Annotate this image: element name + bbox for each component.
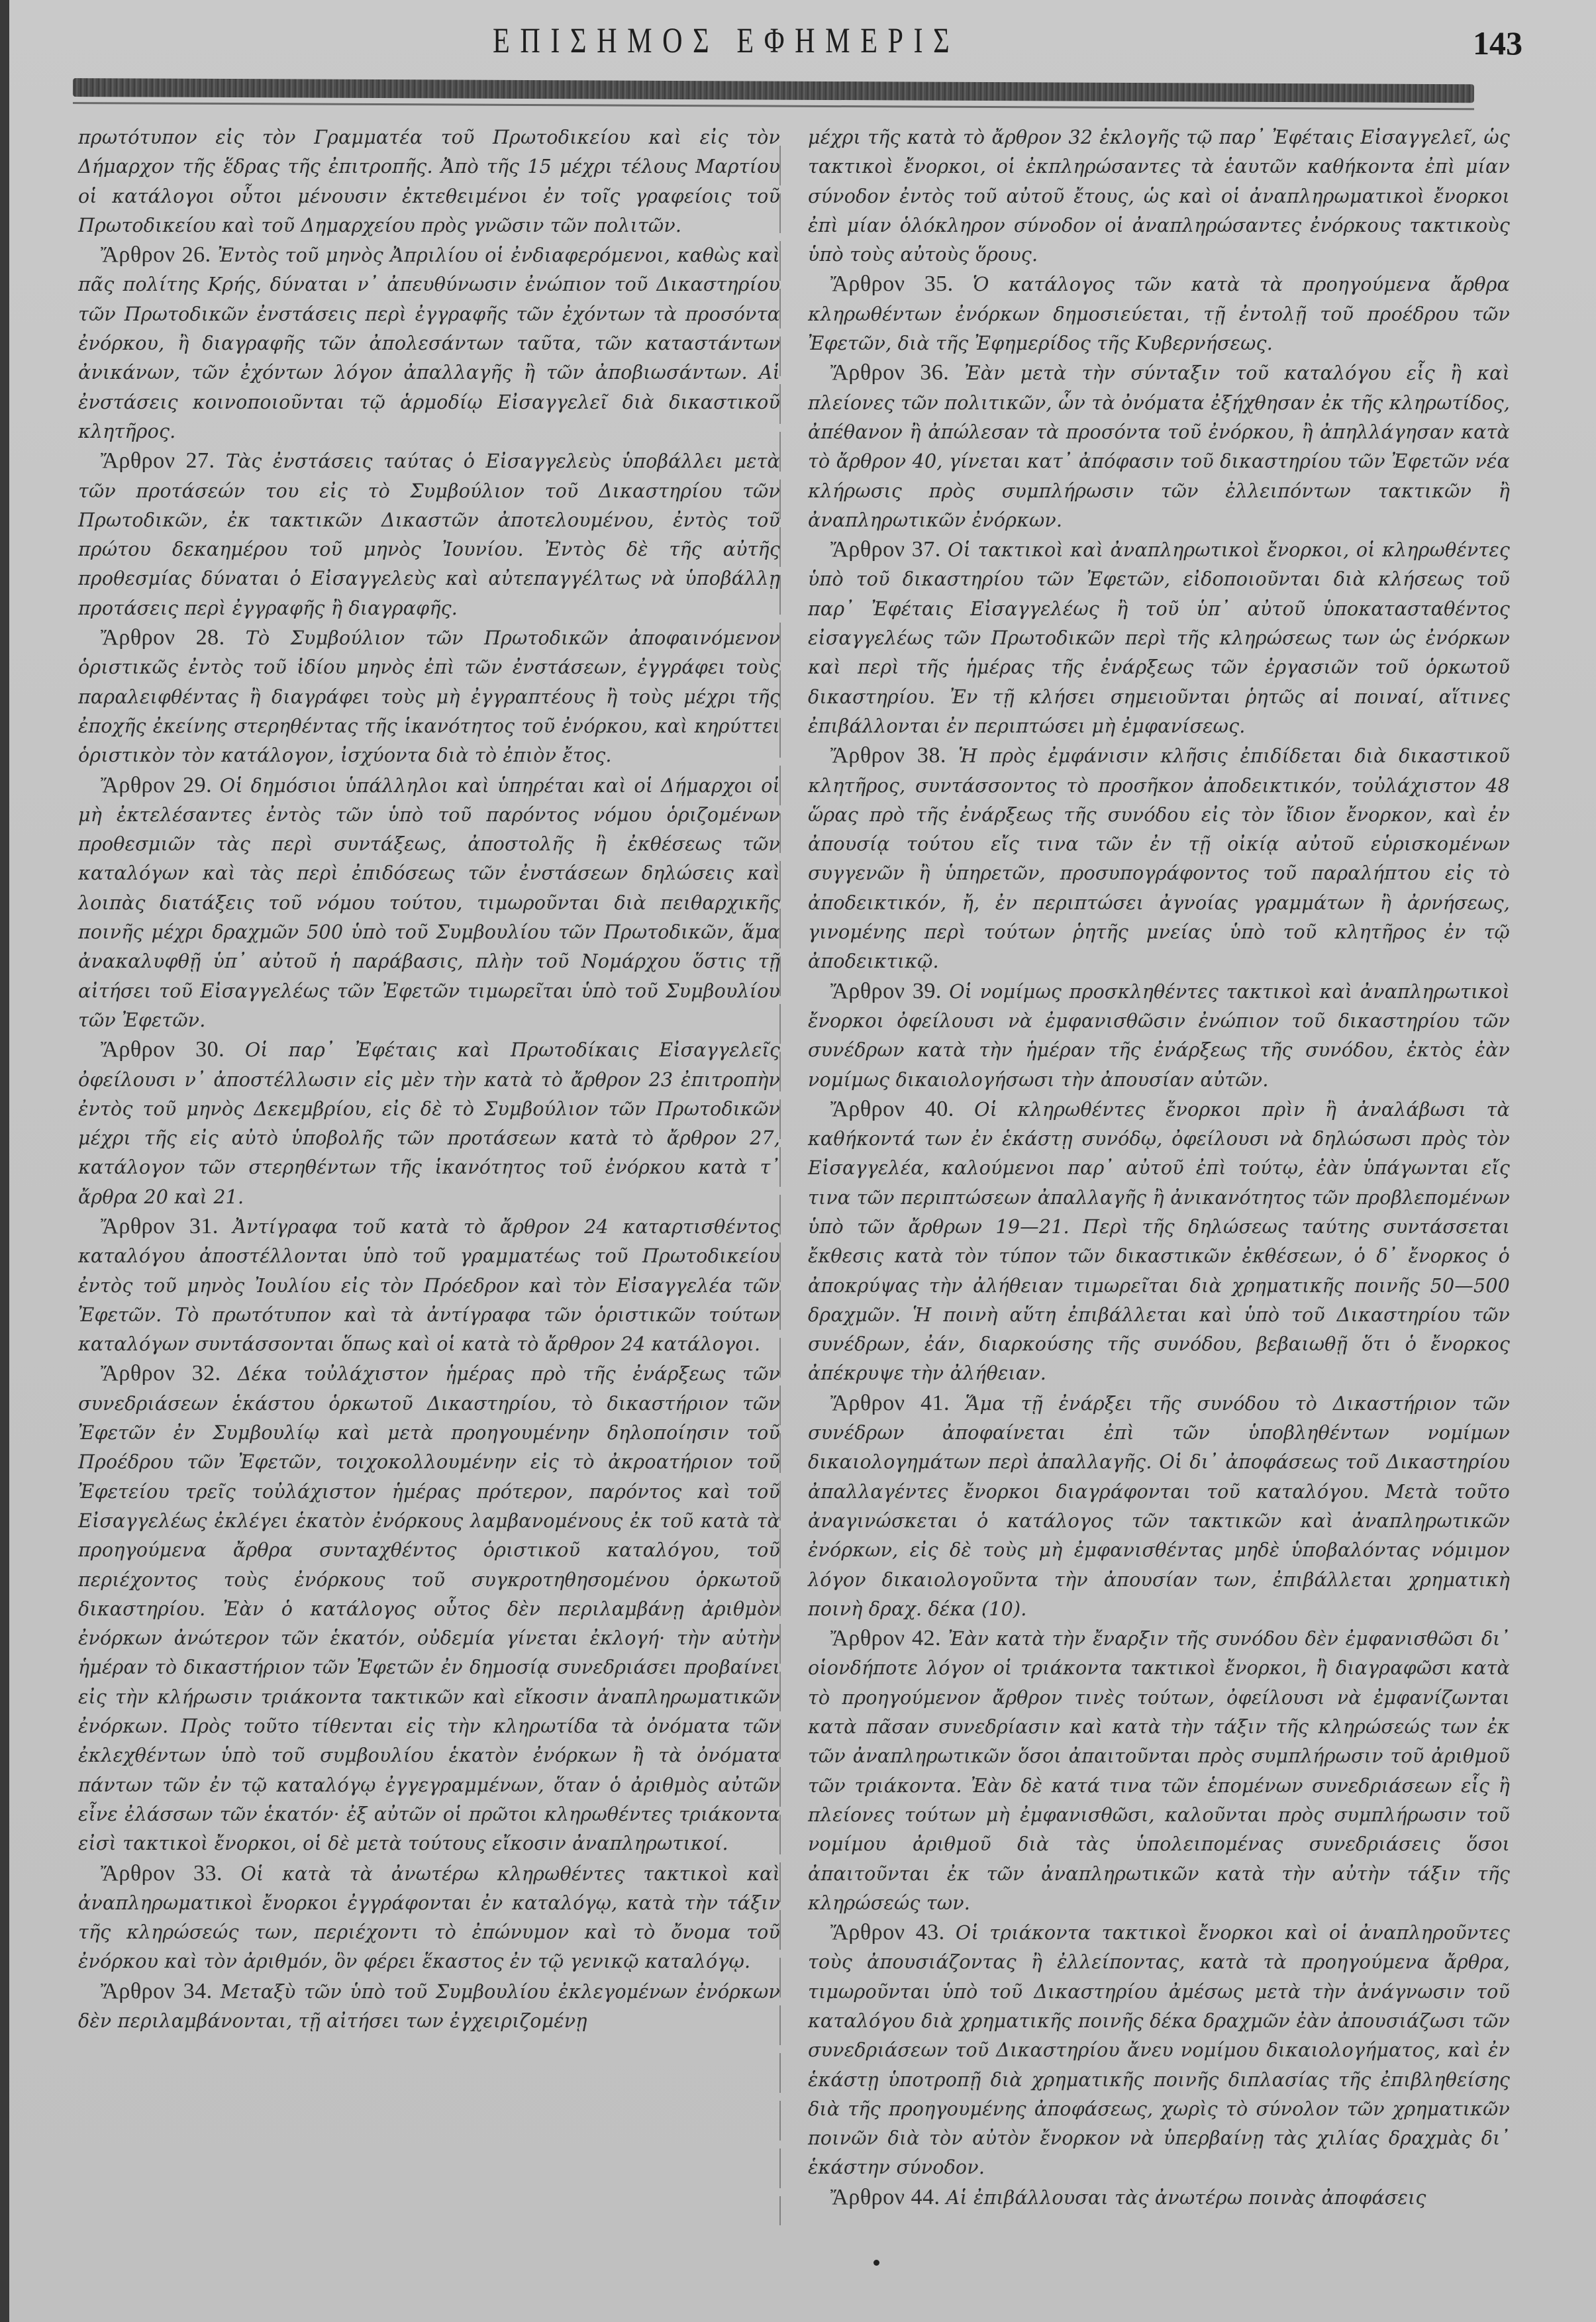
article-heading: Ἄρθρον 26. bbox=[101, 242, 211, 267]
article-34: Ἄρθρον 34. Μεταξὺ τῶν ὑπὸ τοῦ Συμβουλίου… bbox=[78, 1977, 780, 2037]
article-40: Ἄρθρον 40. Οἱ κληρωθέντες ἔνορκοι πρὶν ἢ… bbox=[808, 1095, 1510, 1389]
article-heading: Ἄρθρον 40. bbox=[830, 1097, 954, 1121]
lead-paragraph: μέχρι τῆς κατὰ τὸ ἄρθρον 32 ἐκλογῆς τῷ π… bbox=[808, 123, 1510, 270]
article-heading: Ἄρθρον 37. bbox=[830, 537, 941, 562]
article-heading: Ἄρθρον 38. bbox=[830, 743, 946, 768]
article-heading: Ἄρθρον 36. bbox=[830, 360, 949, 385]
article-33: Ἄρθρον 33. Οἱ κατὰ τὰ ἀνωτέρω κληρωθέντε… bbox=[78, 1859, 780, 1977]
gazette-page: ΕΠΙΣΗΜΟΣ ΕΦΗΜΕΡΙΣ 143 πρωτότυπον εἰς τὸν… bbox=[9, 0, 1596, 2322]
column-divider bbox=[779, 146, 781, 2225]
article-text: Ἅμα τῇ ἐνάρξει τῆς συνόδου τὸ Δικαστήριο… bbox=[808, 1393, 1510, 1620]
left-column: πρωτότυπον εἰς τὸν Γραμματέα τοῦ Πρωτοδι… bbox=[78, 123, 780, 2036]
article-36: Ἄρθρον 36. Ἐὰν μετὰ τὴν σύνταξιν τοῦ κατ… bbox=[808, 358, 1510, 535]
article-31: Ἄρθρον 31. Ἀντίγραφα τοῦ κατὰ τὸ ἄρθρον … bbox=[78, 1212, 780, 1359]
article-44: Ἄρθρον 44. Αἱ ἐπιβάλλουσαι τὰς ἀνωτέρω π… bbox=[808, 2183, 1510, 2213]
article-27: Ἄρθρον 27. Τὰς ἐνστάσεις ταύτας ὁ Εἰσαγγ… bbox=[78, 446, 780, 623]
article-text: Ἡ πρὸς ἐμφάνισιν κλῆσις ἐπιδίδεται διὰ δ… bbox=[808, 745, 1510, 972]
lead-paragraph: πρωτότυπον εἰς τὸν Γραμματέα τοῦ Πρωτοδι… bbox=[78, 123, 780, 240]
article-30: Ἄρθρον 30. Οἱ παρ᾿ Ἐφέταις καὶ Πρωτοδίκα… bbox=[78, 1035, 780, 1212]
article-38: Ἄρθρον 38. Ἡ πρὸς ἐμφάνισιν κλῆσις ἐπιδί… bbox=[808, 741, 1510, 976]
article-text: Δέκα τοὐλάχιστον ἡμέρας πρὸ τῆς ἐνάρξεως… bbox=[78, 1363, 780, 1854]
article-37: Ἄρθρον 37. Οἱ τακτικοὶ καὶ ἀναπληρωτικοὶ… bbox=[808, 535, 1510, 741]
header-rule-thin bbox=[73, 102, 1474, 110]
article-heading: Ἄρθρον 34. bbox=[101, 1979, 213, 2003]
article-heading: Ἄρθρον 32. bbox=[101, 1361, 221, 1386]
article-text: Τὰς ἐνστάσεις ταύτας ὁ Εἰσαγγελεὺς ὑποβά… bbox=[78, 450, 780, 619]
right-column: μέχρι τῆς κατὰ τὸ ἄρθρον 32 ἐκλογῆς τῷ π… bbox=[808, 123, 1510, 2213]
gazette-title: ΕΠΙΣΗΜΟΣ ΕΦΗΜΕΡΙΣ bbox=[493, 20, 960, 61]
article-text: Ἐντὸς τοῦ μηνὸς Ἀπριλίου οἱ ἐνδιαφερόμεν… bbox=[78, 244, 780, 442]
page-number: 143 bbox=[1473, 24, 1522, 62]
article-heading: Ἄρθρον 35. bbox=[830, 272, 954, 296]
article-26: Ἄρθρον 26. Ἐντὸς τοῦ μηνὸς Ἀπριλίου οἱ ἐ… bbox=[78, 240, 780, 446]
article-39: Ἄρθρον 39. Οἱ νομίμως προσκληθέντες τακτ… bbox=[808, 977, 1510, 1095]
article-28: Ἄρθρον 28. Τὸ Συμβούλιον τῶν Πρωτοδικῶν … bbox=[78, 623, 780, 770]
article-heading: Ἄρθρον 41. bbox=[830, 1391, 950, 1415]
article-35: Ἄρθρον 35. Ὁ κατάλογος τῶν κατὰ τὰ προηγ… bbox=[808, 270, 1510, 358]
article-heading: Ἄρθρον 44. bbox=[830, 2185, 940, 2209]
article-heading: Ἄρθρον 29. bbox=[101, 773, 212, 797]
article-text: Οἱ τριάκοντα τακτικοὶ ἔνορκοι καὶ οἱ ἀνα… bbox=[808, 1922, 1510, 2178]
article-text: Οἱ κληρωθέντες ἔνορκοι πρὶν ἢ ἀναλάβωσι … bbox=[808, 1099, 1510, 1385]
article-41: Ἄρθρον 41. Ἅμα τῇ ἐνάρξει τῆς συνόδου τὸ… bbox=[808, 1389, 1510, 1624]
article-32: Ἄρθρον 32. Δέκα τοὐλάχιστον ἡμέρας πρὸ τ… bbox=[78, 1359, 780, 1858]
article-text: Ἐὰν κατὰ τὴν ἔναρξιν τῆς συνόδου δὲν ἐμφ… bbox=[808, 1628, 1510, 1914]
article-text: Οἱ τακτικοὶ καὶ ἀναπληρωτικοὶ ἔνορκοι, ο… bbox=[808, 539, 1510, 737]
article-29: Ἄρθρον 29. Οἱ δημόσιοι ὑπάλληλοι καὶ ὑπη… bbox=[78, 771, 780, 1036]
article-heading: Ἄρθρον 30. bbox=[101, 1037, 224, 1062]
article-heading: Ἄρθρον 27. bbox=[101, 448, 215, 473]
article-heading: Ἄρθρον 43. bbox=[830, 1920, 945, 1944]
article-42: Ἄρθρον 42. Ἐὰν κατὰ τὴν ἔναρξιν τῆς συνό… bbox=[808, 1624, 1510, 1918]
article-heading: Ἄρθρον 39. bbox=[830, 979, 942, 1003]
article-43: Ἄρθρον 43. Οἱ τριάκοντα τακτικοὶ ἔνορκοι… bbox=[808, 1918, 1510, 2183]
article-text: Οἱ δημόσιοι ὑπάλληλοι καὶ ὑπηρέται καὶ ο… bbox=[78, 775, 780, 1031]
article-heading: Ἄρθρον 42. bbox=[830, 1626, 941, 1650]
article-heading: Ἄρθρον 33. bbox=[101, 1861, 223, 1886]
article-text: Ἐὰν μετὰ τὴν σύνταξιν τοῦ καταλόγου εἷς … bbox=[808, 362, 1510, 530]
article-heading: Ἄρθρον 31. bbox=[101, 1214, 219, 1238]
scan-edge bbox=[0, 0, 9, 2322]
ink-spot bbox=[873, 2260, 879, 2266]
masthead: ΕΠΙΣΗΜΟΣ ΕΦΗΜΕΡΙΣ 143 bbox=[9, 15, 1596, 87]
article-text: Αἱ ἐπιβάλλουσαι τὰς ἀνωτέρω ποινὰς ἀποφά… bbox=[946, 2187, 1426, 2209]
article-text: Οἱ παρ᾿ Ἐφέταις καὶ Πρωτοδίκαις Εἰσαγγελ… bbox=[78, 1039, 780, 1207]
article-heading: Ἄρθρον 28. bbox=[101, 625, 225, 650]
